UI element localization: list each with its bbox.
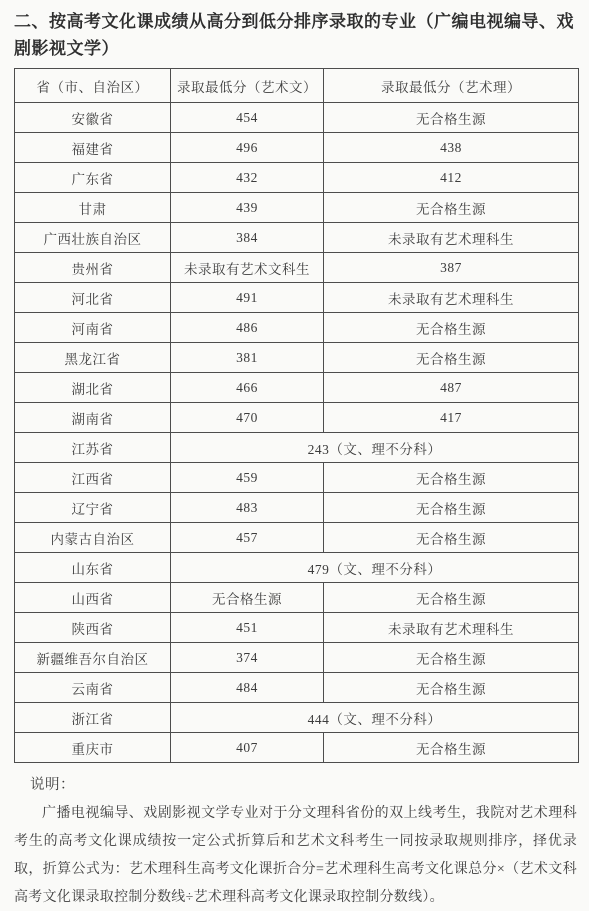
merged-score-cell: 243（文、理不分科） xyxy=(171,433,579,463)
table-row: 浙江省444（文、理不分科） xyxy=(15,703,579,733)
score-cell-art-li: 412 xyxy=(324,163,579,193)
score-cell-art-wen: 484 xyxy=(171,673,324,703)
header-row: 省（市、自治区）录取最低分（艺术文）录取最低分（艺术理） xyxy=(15,69,579,103)
score-cell-art-li: 未录取有艺术理科生 xyxy=(324,283,579,313)
score-cell-art-wen: 459 xyxy=(171,463,324,493)
province-cell: 辽宁省 xyxy=(15,493,171,523)
province-cell: 河南省 xyxy=(15,313,171,343)
province-cell: 内蒙古自治区 xyxy=(15,523,171,553)
province-cell: 黑龙江省 xyxy=(15,343,171,373)
province-cell: 福建省 xyxy=(15,133,171,163)
table-row: 山东省479（文、理不分科） xyxy=(15,553,579,583)
notes-section: 说明： 广播电视编导、戏剧影视文学专业对于分文理科省份的双上线考生，我院对艺术理… xyxy=(14,773,577,911)
score-cell-art-wen: 374 xyxy=(171,643,324,673)
table-row: 广西壮族自治区384未录取有艺术理科生 xyxy=(15,223,579,253)
table-row: 江西省459无合格生源 xyxy=(15,463,579,493)
table-row: 重庆市407无合格生源 xyxy=(15,733,579,763)
score-cell-art-wen: 483 xyxy=(171,493,324,523)
table-row: 湖北省466487 xyxy=(15,373,579,403)
table-row: 陕西省451未录取有艺术理科生 xyxy=(15,613,579,643)
table-row: 甘肃439无合格生源 xyxy=(15,193,579,223)
column-header-2: 录取最低分（艺术理） xyxy=(324,69,579,103)
score-cell-art-wen: 未录取有艺术文科生 xyxy=(171,253,324,283)
score-cell-art-li: 无合格生源 xyxy=(324,493,579,523)
score-cell-art-li: 417 xyxy=(324,403,579,433)
table-row: 安徽省454无合格生源 xyxy=(15,103,579,133)
table-body: 安徽省454无合格生源福建省496438广东省432412甘肃439无合格生源广… xyxy=(15,103,579,763)
score-cell-art-li: 无合格生源 xyxy=(324,103,579,133)
merged-score-cell: 444（文、理不分科） xyxy=(171,703,579,733)
score-cell-art-li: 未录取有艺术理科生 xyxy=(324,223,579,253)
score-cell-art-li: 无合格生源 xyxy=(324,583,579,613)
table-row: 辽宁省483无合格生源 xyxy=(15,493,579,523)
table-row: 福建省496438 xyxy=(15,133,579,163)
score-cell-art-wen: 486 xyxy=(171,313,324,343)
score-cell-art-wen: 451 xyxy=(171,613,324,643)
score-cell-art-wen: 496 xyxy=(171,133,324,163)
score-cell-art-li: 无合格生源 xyxy=(324,343,579,373)
notes-label: 说明： xyxy=(14,773,577,794)
score-cell-art-li: 无合格生源 xyxy=(324,643,579,673)
score-cell-art-li: 未录取有艺术理科生 xyxy=(324,613,579,643)
score-cell-art-li: 无合格生源 xyxy=(324,523,579,553)
score-cell-art-wen: 491 xyxy=(171,283,324,313)
table-row: 广东省432412 xyxy=(15,163,579,193)
score-cell-art-wen: 457 xyxy=(171,523,324,553)
province-cell: 贵州省 xyxy=(15,253,171,283)
score-cell-art-wen: 无合格生源 xyxy=(171,583,324,613)
score-cell-art-li: 487 xyxy=(324,373,579,403)
province-cell: 广西壮族自治区 xyxy=(15,223,171,253)
province-cell: 江苏省 xyxy=(15,433,171,463)
table-row: 内蒙古自治区457无合格生源 xyxy=(15,523,579,553)
province-cell: 湖南省 xyxy=(15,403,171,433)
section-title: 二、按高考文化课成绩从高分到低分排序录取的专业（广编电视编导、戏剧影视文学） xyxy=(14,8,577,62)
table-row: 云南省484无合格生源 xyxy=(15,673,579,703)
score-cell-art-wen: 466 xyxy=(171,373,324,403)
score-cell-art-wen: 407 xyxy=(171,733,324,763)
province-cell: 浙江省 xyxy=(15,703,171,733)
score-cell-art-wen: 432 xyxy=(171,163,324,193)
score-cell-art-wen: 470 xyxy=(171,403,324,433)
score-cell-art-li: 无合格生源 xyxy=(324,463,579,493)
table-row: 贵州省未录取有艺术文科生387 xyxy=(15,253,579,283)
admission-score-table: 省（市、自治区）录取最低分（艺术文）录取最低分（艺术理） 安徽省454无合格生源… xyxy=(14,68,579,763)
score-cell-art-li: 387 xyxy=(324,253,579,283)
province-cell: 安徽省 xyxy=(15,103,171,133)
notes-paragraph: 广播电视编导、戏剧影视文学专业对于分文理科省份的双上线考生，我院对艺术理科考生的… xyxy=(14,800,577,911)
score-cell-art-wen: 454 xyxy=(171,103,324,133)
province-cell: 新疆维吾尔自治区 xyxy=(15,643,171,673)
table-row: 江苏省243（文、理不分科） xyxy=(15,433,579,463)
score-cell-art-wen: 381 xyxy=(171,343,324,373)
table-row: 黑龙江省381无合格生源 xyxy=(15,343,579,373)
table-row: 山西省无合格生源无合格生源 xyxy=(15,583,579,613)
table-header: 省（市、自治区）录取最低分（艺术文）录取最低分（艺术理） xyxy=(15,69,579,103)
column-header-1: 录取最低分（艺术文） xyxy=(171,69,324,103)
score-cell-art-li: 无合格生源 xyxy=(324,733,579,763)
province-cell: 广东省 xyxy=(15,163,171,193)
province-cell: 湖北省 xyxy=(15,373,171,403)
merged-score-cell: 479（文、理不分科） xyxy=(171,553,579,583)
province-cell: 山东省 xyxy=(15,553,171,583)
score-cell-art-li: 438 xyxy=(324,133,579,163)
score-cell-art-wen: 439 xyxy=(171,193,324,223)
table-row: 河北省491未录取有艺术理科生 xyxy=(15,283,579,313)
province-cell: 河北省 xyxy=(15,283,171,313)
province-cell: 山西省 xyxy=(15,583,171,613)
table-row: 湖南省470417 xyxy=(15,403,579,433)
column-header-0: 省（市、自治区） xyxy=(15,69,171,103)
province-cell: 陕西省 xyxy=(15,613,171,643)
table-row: 河南省486无合格生源 xyxy=(15,313,579,343)
score-cell-art-li: 无合格生源 xyxy=(324,193,579,223)
document-page: 二、按高考文化课成绩从高分到低分排序录取的专业（广编电视编导、戏剧影视文学） 省… xyxy=(0,0,589,911)
province-cell: 云南省 xyxy=(15,673,171,703)
province-cell: 江西省 xyxy=(15,463,171,493)
score-cell-art-li: 无合格生源 xyxy=(324,673,579,703)
table-row: 新疆维吾尔自治区374无合格生源 xyxy=(15,643,579,673)
province-cell: 重庆市 xyxy=(15,733,171,763)
score-cell-art-li: 无合格生源 xyxy=(324,313,579,343)
score-cell-art-wen: 384 xyxy=(171,223,324,253)
province-cell: 甘肃 xyxy=(15,193,171,223)
